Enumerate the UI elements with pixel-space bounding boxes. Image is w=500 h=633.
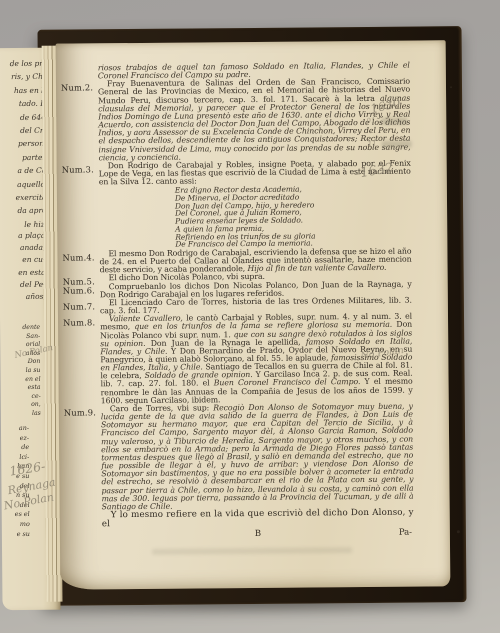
handwritten-annotation-mark-01: .01: [364, 116, 376, 125]
ink-speck: [450, 86, 452, 88]
catchword: Pa-: [399, 529, 412, 537]
book: de los pri- ris, y Chi- has en la tado. …: [0, 0, 500, 633]
photo-background: de los pri- ris, y Chi- has en la tado. …: [0, 0, 500, 633]
paragraph-text: Caro de Torres, vbi sup: Recogiò Don Alo…: [101, 403, 414, 531]
handwritten-annotation-mark-11: .11: [365, 139, 377, 148]
paragraph-num-4: Num.4. El mesmo Don Rodrigo de Carabajal…: [99, 248, 411, 275]
verse-block: Era digno Rector desta Academia, De Mine…: [175, 185, 412, 249]
ink-showthrough: [381, 118, 407, 125]
margin-number-3: Num.3.: [62, 165, 98, 173]
page-footer: B Pa-: [102, 529, 414, 542]
margin-number-4: Num.4.: [62, 253, 98, 261]
paragraph-text: El mesmo Don Rodrigo de Carabajal, escri…: [99, 248, 411, 275]
signature-mark: B: [102, 529, 414, 540]
margin-number-8: Num.8.: [63, 319, 99, 327]
margin-number-6: Num.6.: [63, 286, 99, 294]
margin-number-2: Num.2.: [61, 84, 97, 92]
page-text-block: riosos trabajos de aquel tan famoso Sold…: [98, 62, 414, 542]
left-page-text-fragment-mid: a plaça anada, en cu- en esta del Pe- añ…: [0, 230, 46, 304]
ink-showthrough: [381, 141, 411, 148]
left-page-text-fragment-low: dente San- orial años Don la su en el es…: [0, 324, 41, 419]
ink-speck: [457, 530, 460, 533]
margin-number-9: Num.9.: [64, 408, 100, 416]
paragraph-num-9: Num.9. Caro de Torres, vbi sup: Recogiò …: [101, 403, 414, 531]
margin-number-7: Num.7.: [63, 302, 99, 310]
